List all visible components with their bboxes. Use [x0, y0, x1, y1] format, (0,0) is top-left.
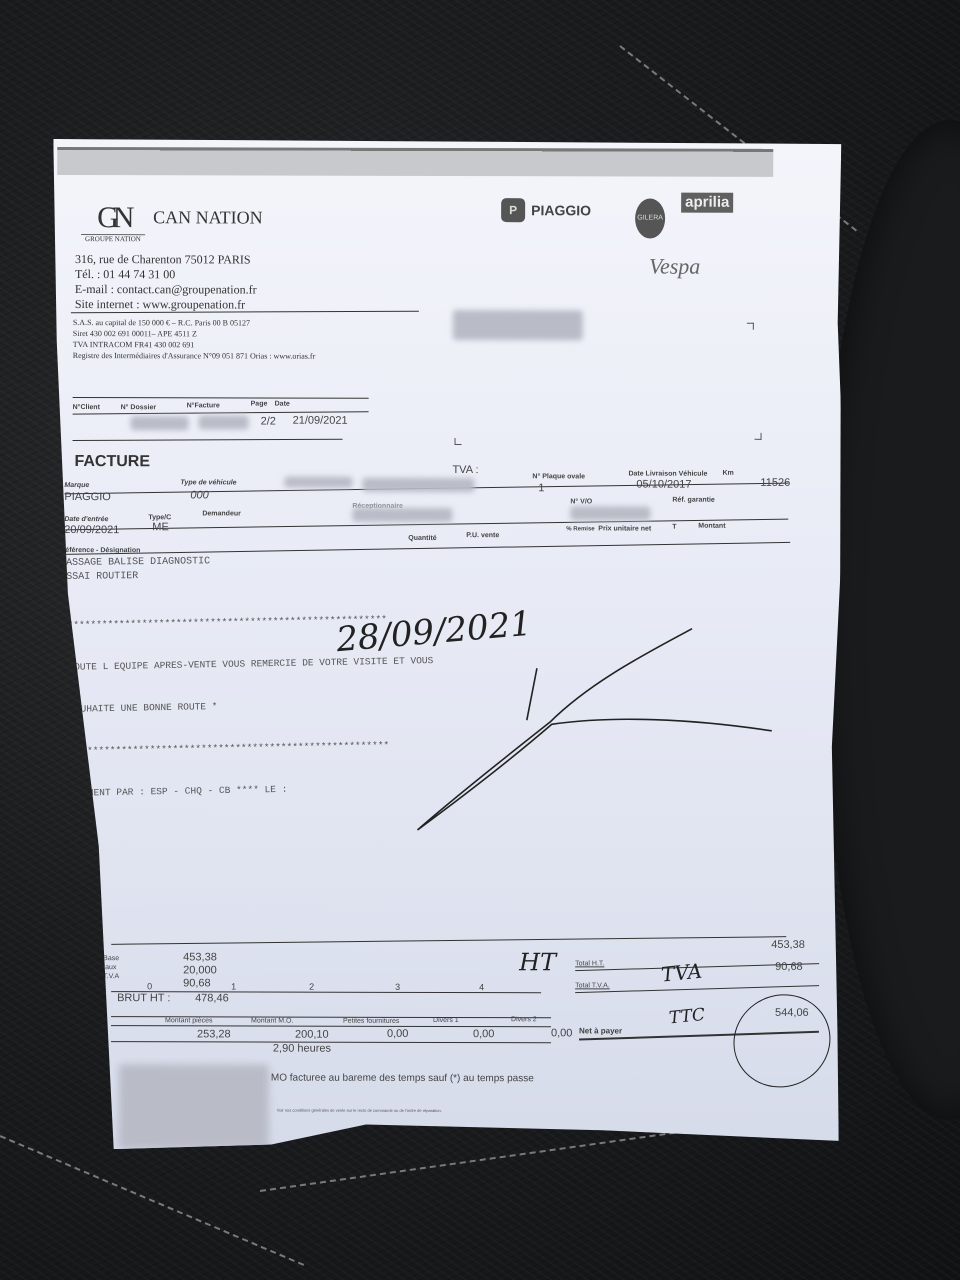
label-montant-pieces: Montant pièces — [165, 1017, 213, 1024]
labour-note: MO facturee au bareme des temps sauf (*)… — [271, 1073, 534, 1085]
vat-rate: 20,000 — [183, 964, 217, 977]
label-montant-mo: Montant M.O. — [251, 1017, 293, 1024]
handwritten-ht: HT — [519, 948, 556, 976]
net-to-pay-label: Net à payer — [579, 1026, 622, 1035]
divers-2: 0,00 — [551, 1027, 572, 1039]
handwritten-tva: TVA — [660, 959, 703, 987]
petites-fournitures: 0,00 — [387, 1028, 408, 1040]
label-petites-fournitures: Petites fournitures — [343, 1018, 399, 1025]
vat-column-index: 3 — [395, 982, 400, 992]
invoice-document: GN GROUPE NATION CAN NATION 316, rue de … — [51, 139, 842, 1151]
vat-values: 453,38 20,000 90,68 — [183, 951, 217, 990]
labour-hours: 2,90 heures — [273, 1043, 331, 1055]
label-divers-2: Divers 2 — [511, 1016, 537, 1023]
handwritten-ttc: TTC — [668, 1005, 706, 1029]
vat-column-index: 1 — [231, 981, 236, 991]
vat-base: 453,38 — [183, 951, 217, 964]
total-ht-value: 453,38 — [771, 939, 805, 951]
total-tva-value: 90,68 — [775, 961, 803, 973]
vat-column-index: 4 — [479, 982, 484, 992]
total-tva-label: Total T.V.A. — [575, 982, 610, 989]
vat-column-index: 0 — [147, 981, 152, 991]
vat-column-index: 2 — [309, 982, 314, 992]
brut-ht-label: BRUT HT : — [117, 992, 170, 1004]
redacted-stamp — [119, 1064, 269, 1149]
total-ht-label: Total H.T. — [575, 960, 604, 967]
label-tva: T.V.A — [103, 972, 119, 981]
terms-fine-print: Voir nos conditions générales de vente s… — [277, 1108, 442, 1113]
vat-amount: 90,68 — [183, 977, 217, 990]
divers-1: 0,00 — [473, 1028, 494, 1040]
label-taux: taux — [103, 963, 119, 972]
label-base: Base — [103, 954, 119, 963]
montant-mo: 200,10 — [295, 1029, 329, 1041]
vat-labels: Base taux T.V.A — [103, 954, 119, 981]
montant-pieces: 253,28 — [197, 1028, 231, 1040]
brut-ht-value: 478,46 — [195, 992, 229, 1004]
label-divers-1: Divers 1 — [433, 1017, 459, 1024]
